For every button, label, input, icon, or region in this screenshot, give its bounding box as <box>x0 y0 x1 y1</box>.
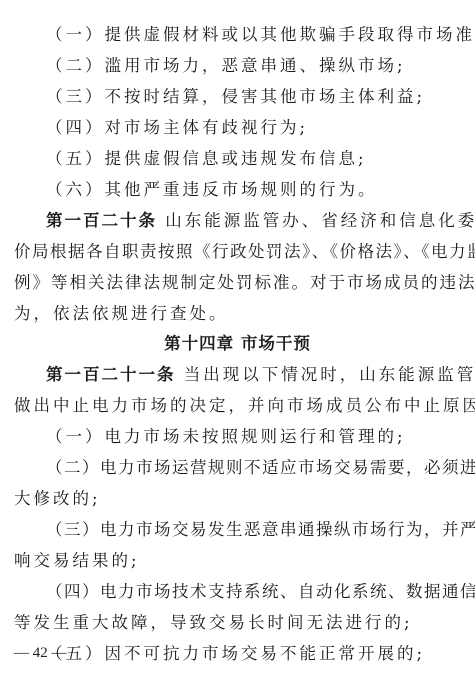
list-item: （二）滥用市场力，恶意串通、操纵市场; <box>46 56 454 76</box>
list-item: （五）提供虚假信息或违规发布信息; <box>46 149 454 169</box>
list-item: （一）提供虚假材料或以其他欺骗手段取得市场准入资格; <box>46 25 454 45</box>
article-121-heading: 第一百二十一条 <box>46 365 176 384</box>
article-120-first-line: 第一百二十条 山东能源监管办、省经济和信息化委、省物 <box>46 211 454 231</box>
list-item: （三）不按时结算，侵害其他市场主体利益; <box>46 87 454 107</box>
list-item: （四）电力市场技术支持系统、自动化系统、数据通信系统 <box>46 582 454 602</box>
list-item: （三）电力市场交易发生恶意串通操纵市场行为，并严重影 <box>46 520 454 540</box>
paragraph-line: 做出中止电力市场的决定，并向市场成员公布中止原因: <box>14 396 454 416</box>
chapter-title: 第十四章 市场干预 <box>0 334 475 354</box>
list-item: （二）电力市场运营规则不适应市场交易需要，必须进行重 <box>46 458 454 478</box>
list-item-continuation: 响交易结果的; <box>14 551 454 571</box>
paragraph-line: 为，依法依规进行查处。 <box>14 304 454 324</box>
list-item-continuation: 大修改的; <box>14 489 454 509</box>
paragraph-line: 例》等相关法律法规制定处罚标准。对于市场成员的违法违规行 <box>14 273 454 293</box>
list-item-continuation: 等发生重大故障，导致交易长时间无法进行的; <box>14 613 454 633</box>
list-item: （五）因不可抗力市场交易不能正常开展的; <box>46 644 454 664</box>
paragraph-line: 价局根据各自职责按照《行政处罚法》、《价格法》、《电力监管条 <box>14 242 454 262</box>
list-item: （六）其他严重违反市场规则的行为。 <box>46 180 454 200</box>
article-120-heading: 第一百二十条 <box>46 211 157 230</box>
article-121-text: 当出现以下情况时，山东能源监管办可以 <box>184 365 475 384</box>
document-page: （一）提供虚假材料或以其他欺骗手段取得市场准入资格; （二）滥用市场力，恶意串通… <box>0 0 475 673</box>
article-120-text: 山东能源监管办、省经济和信息化委、省物 <box>165 211 475 230</box>
list-item: （一）电力市场未按照规则运行和管理的; <box>46 427 454 447</box>
article-121-first-line: 第一百二十一条 当出现以下情况时，山东能源监管办可以 <box>46 365 454 385</box>
list-item: （四）对市场主体有歧视行为; <box>46 118 454 138</box>
page-number: — 42 — <box>14 645 67 662</box>
